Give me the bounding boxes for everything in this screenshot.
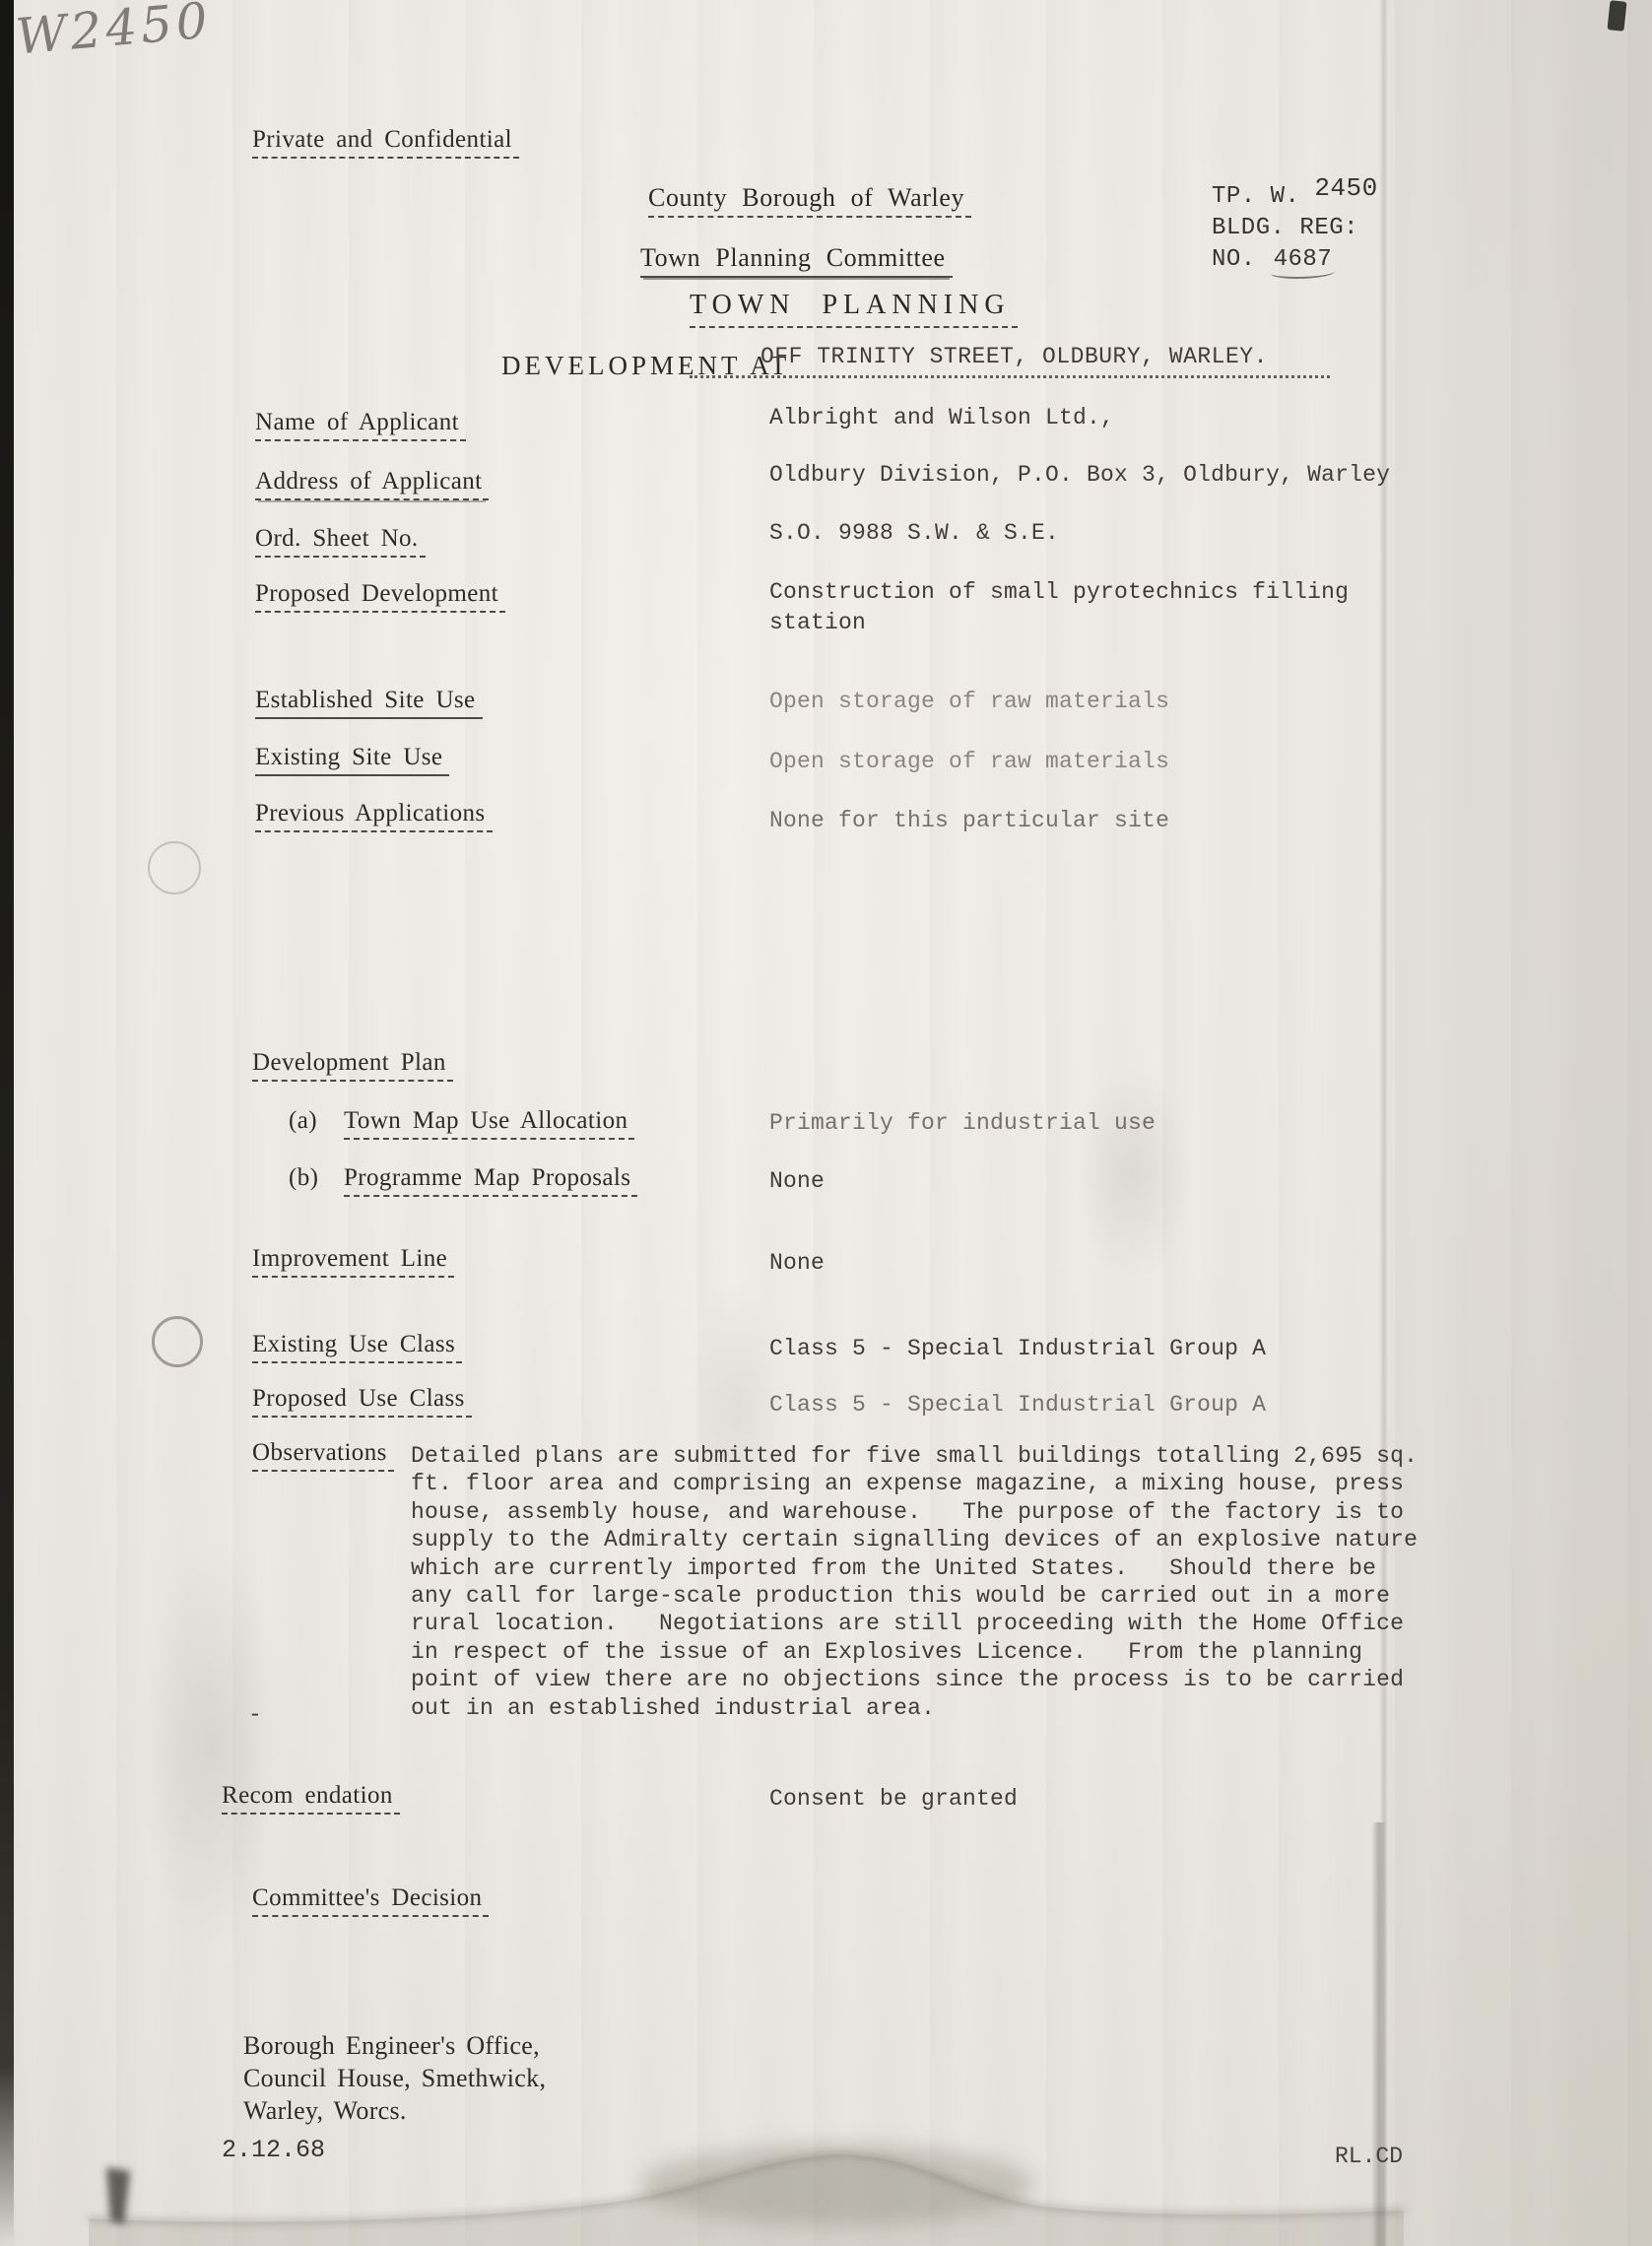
field-label-text: Established Site Use	[255, 687, 483, 719]
development-at-dotted-line	[690, 375, 1330, 378]
proposed-use-class-label: Proposed Use Class	[252, 1385, 472, 1418]
observations-line: house, assembly house, and warehouse. Th…	[411, 1498, 1418, 1526]
field-label-text: Existing Site Use	[255, 744, 449, 776]
observations-paragraph: Detailed plans are submitted for five sm…	[411, 1442, 1418, 1722]
observations-line: in respect of the issue of an Explosives…	[411, 1638, 1418, 1666]
improvement-line-value: None	[769, 1250, 825, 1276]
field-value-existing-site-use: Open storage of raw materials	[769, 749, 1169, 774]
tp-ref-line: TP. W. 2450	[1212, 179, 1378, 213]
punch-hole-bottom	[152, 1316, 203, 1367]
development-plan-heading: Development Plan	[252, 1049, 453, 1082]
confidential-note: Private and Confidential	[252, 126, 519, 159]
development-plan-item-label-text: Programme Map Proposals	[344, 1164, 637, 1197]
footer-office-line: Borough Engineer's Office,	[243, 2029, 546, 2062]
field-label-text: Previous Applications	[255, 800, 493, 832]
recommendation-value: Consent be granted	[769, 1786, 1018, 1812]
observations-line: any call for large-scale production this…	[411, 1582, 1418, 1610]
observations-label: Observations	[252, 1439, 394, 1472]
observations-line: supply to the Admiralty certain signalli…	[411, 1526, 1418, 1553]
development-plan-item-a-marker: (a)	[289, 1107, 317, 1135]
reg-no-label: NO.	[1212, 246, 1256, 273]
use-class-label-text: Existing Use Class	[252, 1331, 462, 1363]
margin-dash: -	[248, 1702, 262, 1728]
scanned-document-page: W2450 Private and Confidential County Bo…	[0, 0, 1652, 2246]
scan-edge-left	[0, 0, 14, 2246]
handwritten-ref: W2450	[14, 0, 214, 66]
recommendation-label: Recom endation	[222, 1782, 400, 1815]
field-label-text: Name of Applicant	[255, 409, 466, 441]
scan-band-right	[1389, 0, 1652, 2246]
observations-label-text: Observations	[252, 1439, 394, 1472]
page-title-text: TOWN PLANNING	[690, 290, 1018, 328]
committee-title: Town Planning Committee	[640, 243, 953, 278]
development-location: OFF TRINITY STREET, OLDBURY, WARLEY.	[760, 344, 1268, 369]
bottom-curl-artifact	[0, 2108, 1652, 2246]
observations-line: Detailed plans are submitted for five sm…	[411, 1442, 1418, 1470]
development-plan-item-b-value: None	[769, 1168, 825, 1194]
reference-block: TP. W. 2450 BLDG. REG: NO. 4687	[1212, 179, 1378, 279]
field-value-proposed-development: Construction of small pyrotechnics filli…	[769, 577, 1400, 638]
bldg-reg-line: BLDG. REG:	[1212, 213, 1378, 244]
development-plan-item-a-value: Primarily for industrial use	[769, 1110, 1156, 1136]
improvement-line-label-text: Improvement Line	[252, 1245, 454, 1278]
org-title-text: County Borough of Warley	[648, 183, 971, 218]
observations-line: point of view there are no objections si…	[411, 1666, 1418, 1693]
page-title: TOWN PLANNING	[690, 290, 1018, 328]
improvement-line-label: Improvement Line	[252, 1245, 454, 1278]
field-label-proposed-development: Proposed Development	[255, 580, 505, 613]
field-label-text: Proposed Development	[255, 580, 505, 613]
field-label-name-of-applicant: Name of Applicant	[255, 409, 466, 441]
field-label-text: Address of Applicant	[255, 468, 489, 500]
development-plan-item-label-text: Town Map Use Allocation	[344, 1107, 634, 1140]
reg-no-line: NO. 4687	[1212, 244, 1378, 279]
existing-use-class-value: Class 5 - Special Industrial Group A	[769, 1336, 1266, 1361]
development-plan-item-a-label: Town Map Use Allocation	[344, 1107, 634, 1140]
observations-line: ft. floor area and comprising an expense…	[411, 1470, 1418, 1497]
development-plan-item-b-marker: (b)	[289, 1164, 318, 1192]
observations-line: which are currently imported from the Un…	[411, 1554, 1418, 1582]
development-plan-item-b-label: Programme Map Proposals	[344, 1164, 637, 1197]
field-label-existing-site-use: Existing Site Use	[255, 744, 449, 776]
committee-title-text: Town Planning Committee	[640, 243, 953, 278]
field-value-name-of-applicant: Albright and Wilson Ltd.,	[769, 405, 1114, 430]
footer-office-line: Council House, Smethwick,	[243, 2062, 546, 2094]
use-class-label-text: Proposed Use Class	[252, 1385, 472, 1418]
field-value-previous-applications: None for this particular site	[769, 808, 1169, 833]
confidential-text: Private and Confidential	[252, 126, 519, 159]
recommendation-label-text: Recom endation	[222, 1782, 400, 1815]
field-label-established-site-use: Established Site Use	[255, 687, 483, 719]
observations-line: out in an established industrial area.	[411, 1694, 1418, 1722]
field-label-text: Ord. Sheet No.	[255, 525, 426, 558]
reg-no-number: 4687	[1271, 244, 1336, 279]
field-value-address-of-applicant: Oldbury Division, P.O. Box 3, Oldbury, W…	[769, 462, 1390, 488]
committee-decision-label: Committee's Decision	[252, 1884, 489, 1917]
org-title: County Borough of Warley	[648, 183, 971, 218]
development-plan-heading-text: Development Plan	[252, 1049, 453, 1082]
field-value-established-site-use: Open storage of raw materials	[769, 689, 1169, 714]
field-label-ord-sheet-no: Ord. Sheet No.	[255, 525, 426, 558]
proposed-use-class-value: Class 5 - Special Industrial Group A	[769, 1392, 1266, 1418]
punch-hole-top	[148, 841, 201, 894]
tp-ref-label: TP. W.	[1212, 183, 1299, 210]
field-value-ord-sheet-no: S.O. 9988 S.W. & S.E.	[769, 520, 1059, 546]
tp-ref-number: 2450	[1314, 173, 1377, 203]
observations-line: rural location. Negotiations are still p…	[411, 1610, 1418, 1637]
committee-decision-label-text: Committee's Decision	[252, 1884, 489, 1917]
field-label-address-of-applicant: Address of Applicant	[255, 468, 489, 500]
smudge	[1074, 1064, 1192, 1281]
existing-use-class-label: Existing Use Class	[252, 1331, 462, 1363]
field-label-previous-applications: Previous Applications	[255, 800, 493, 832]
